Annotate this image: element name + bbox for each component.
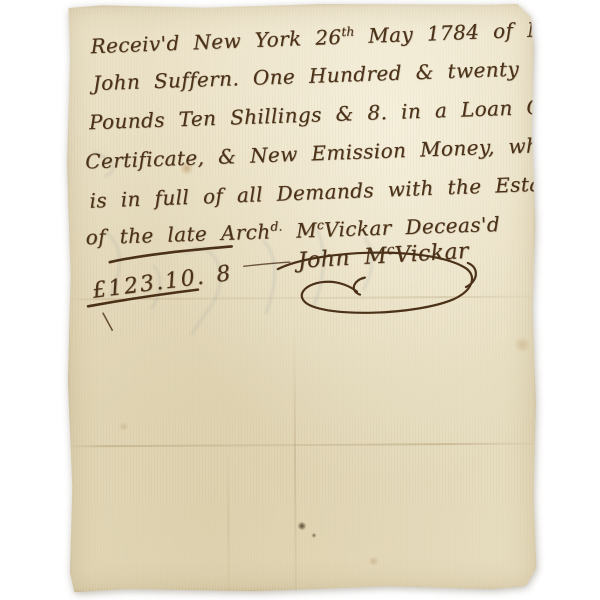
- archd-superscript: d.: [270, 218, 282, 233]
- receipt-line-2: John Suffern. One Hundred & twenty three: [92, 54, 589, 95]
- date-superscript: th: [341, 24, 355, 39]
- mr-superscript: r: [547, 16, 553, 31]
- vertical-fold-crease: [293, 323, 297, 591]
- paper-shadow-wrapper: Receiv'd New York 26th May 1784 of Mr Jo…: [0, 0, 600, 600]
- horizontal-fold-crease: [67, 443, 538, 448]
- signature-lead-stroke: [244, 262, 290, 266]
- signature: John McVickar: [297, 238, 469, 274]
- receipt-line-1: Receiv'd New York 26th May 1784 of Mr: [90, 16, 554, 58]
- vertical-fold-crease: [227, 444, 230, 592]
- amount-overline: [110, 246, 232, 262]
- receipt-line-4: Certificate, & New Emission Money, which: [85, 132, 571, 173]
- line6-text: M: [282, 218, 317, 243]
- signature-text: Vickar: [394, 239, 470, 268]
- ink-blot: [311, 533, 316, 538]
- line1-text: May 1784 of M: [354, 17, 548, 48]
- stain: [119, 422, 129, 431]
- stain: [368, 557, 380, 566]
- stain: [512, 338, 532, 352]
- receipt-line-5: is in full of all Demands with the Estat…: [89, 171, 563, 213]
- check-tick: [103, 313, 112, 330]
- receipt-line-3: Pounds Ten Shillings & 8. in a Loan Offi…: [89, 93, 590, 134]
- ink-blot: [296, 521, 307, 532]
- line1-text: Receiv'd New York 26: [90, 25, 342, 58]
- scanned-document-photo: Receiv'd New York 26th May 1784 of Mr Jo…: [0, 0, 600, 600]
- signature-text: John M: [297, 244, 388, 274]
- line6-text: of the late Arch: [85, 219, 271, 249]
- line6-text: Vickar Deceas'd: [324, 212, 501, 242]
- paper-sheet: Receiv'd New York 26th May 1784 of Mr Jo…: [64, 2, 539, 594]
